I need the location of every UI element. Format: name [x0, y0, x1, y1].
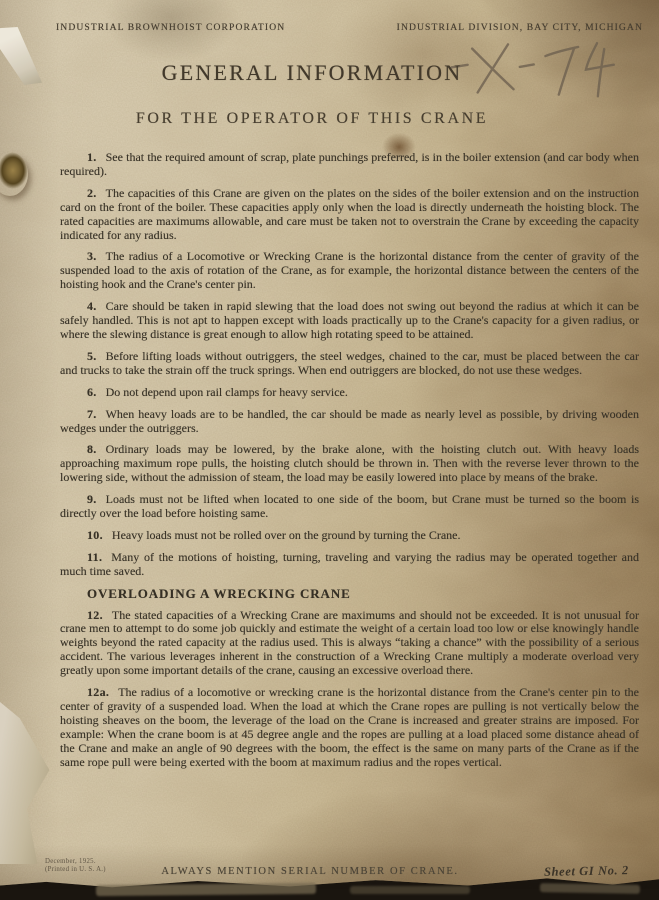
paragraph-text: The stated capacities of a Wrecking Cran… [60, 608, 639, 678]
paragraph-1: 1.See that the required amount of scrap,… [60, 151, 639, 179]
paragraph-11: 11.Many of the motions of hoisting, turn… [60, 551, 639, 579]
paragraph-7: 7.When heavy loads are to be handled, th… [60, 408, 639, 436]
paragraph-number: 7. [87, 407, 97, 421]
paragraph-9: 9.Loads must not be lifted when located … [60, 493, 639, 521]
sheet-number: Sheet GI No. 2 [544, 863, 629, 880]
paragraph-5: 5.Before lifting loads without outrigger… [60, 350, 639, 378]
paragraph-text: See that the required amount of scrap, p… [60, 150, 639, 178]
paper-fragment [540, 883, 640, 894]
paragraph-number: 3. [87, 249, 97, 263]
paragraph-4: 4.Care should be taken in rapid slewing … [60, 300, 639, 342]
paragraph-8: 8.Ordinary loads may be lowered, by the … [60, 443, 639, 485]
section-heading-overloading: OVERLOADING A WRECKING CRANE [60, 587, 639, 601]
paragraph-6: 6.Do not depend upon rail clamps for hea… [60, 386, 639, 400]
paragraph-number: 2. [87, 186, 97, 200]
paragraph-text: When heavy loads are to be handled, the … [60, 407, 639, 435]
paragraph-number: 12. [87, 608, 103, 622]
paragraph-text: Ordinary loads may be lowered, by the br… [60, 442, 639, 484]
paragraph-text: Heavy loads must not be rolled over on t… [112, 528, 461, 542]
paragraph-number: 8. [87, 442, 97, 456]
paragraph-text: Many of the motions of hoisting, turning… [60, 550, 639, 578]
paragraph-number: 4. [87, 299, 97, 313]
paragraph-text: Care should be taken in rapid slewing th… [60, 299, 639, 341]
company-name: INDUSTRIAL BROWNHOIST CORPORATION [56, 22, 285, 33]
imprint-date: December, 1925. [45, 858, 106, 866]
paragraph-3: 3.The radius of a Locomotive or Wrecking… [60, 250, 639, 292]
paragraph-12: 12.The stated capacities of a Wrecking C… [60, 609, 639, 679]
letterhead: INDUSTRIAL BROWNHOIST CORPORATION INDUST… [56, 22, 643, 33]
page-subtitle: FOR THE OPERATOR OF THIS CRANE [0, 110, 624, 128]
paragraph-text: Before lifting loads without outriggers,… [60, 349, 639, 377]
document-body: 1.See that the required amount of scrap,… [60, 151, 639, 778]
paragraph-2: 2.The capacities of this Crane are given… [60, 187, 639, 243]
paragraph-number: 5. [87, 349, 97, 363]
paragraph-10: 10.Heavy loads must not be rolled over o… [60, 529, 639, 543]
footer-note: ALWAYS MENTION SERIAL NUMBER OF CRANE. [60, 866, 560, 877]
paragraph-number: 10. [87, 528, 103, 542]
paragraph-number: 1. [87, 150, 97, 164]
paragraph-text: The radius of a Locomotive or Wrecking C… [60, 249, 639, 291]
paragraph-number: 9. [87, 492, 97, 506]
paragraph-number: 6. [87, 385, 97, 399]
paragraph-text: Do not depend upon rail clamps for heavy… [106, 385, 348, 399]
paper-fragment [350, 886, 470, 894]
paragraph-text: Loads must not be lifted when located to… [60, 492, 639, 520]
paragraph-number: 12a. [87, 685, 109, 699]
paragraph-text: The capacities of this Crane are given o… [60, 186, 639, 242]
paragraph-number: 11. [87, 550, 102, 564]
paragraph-text: The radius of a locomotive or wrecking c… [60, 685, 639, 769]
paragraph-12a: 12a.The radius of a locomotive or wrecki… [60, 686, 639, 769]
photo-of-document: INDUSTRIAL BROWNHOIST CORPORATION INDUST… [0, 0, 659, 900]
paper-fragment [96, 883, 316, 896]
page-title: GENERAL INFORMATION [0, 60, 624, 86]
